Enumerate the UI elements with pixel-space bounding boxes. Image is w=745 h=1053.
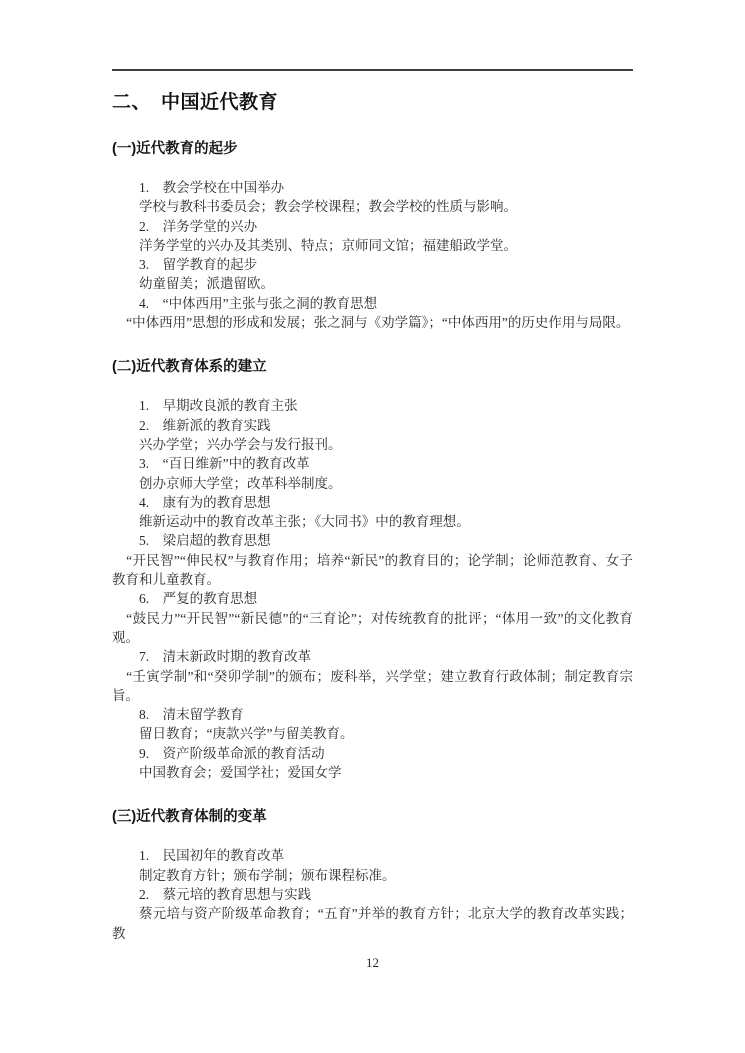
numbered-item: 8. 清末留学教育 — [112, 705, 633, 724]
description-line: 创办京师大学堂；改革科举制度。 — [112, 474, 633, 493]
section-body: 1. 民国初年的教育改革制定教育方针；颁布学制；颁布课程标准。2. 蔡元培的教育… — [112, 846, 633, 942]
description-line: 留日教育；“庚款兴学”与留美教育。 — [112, 724, 633, 743]
numbered-item: 4. 康有为的教育思想 — [112, 493, 633, 512]
description-line: 维新运动中的教育改革主张；《大同书》中的教育理想。 — [112, 512, 633, 531]
numbered-item: 2. 洋务学堂的兴办 — [112, 217, 633, 236]
description-line: “开民智”“伸民权”与教育作用；培养“新民”的教育目的；论学制；论师范教育、女子… — [112, 551, 633, 590]
document-page: 二、 中国近代教育 (一)近代教育的起步1. 教会学校在中国举办学校与教科书委员… — [0, 0, 745, 1053]
numbered-item: 1. 教会学校在中国举办 — [112, 178, 633, 197]
numbered-item: 2. 维新派的教育实践 — [112, 416, 633, 435]
description-line: 中国教育会；爱国学社；爱国女学 — [112, 763, 633, 782]
numbered-item: 4. “中体西用”主张与张之洞的教育思想 — [112, 294, 633, 313]
description-line: “中体西用”思想的形成和发展；张之洞与《劝学篇》；“中体西用”的历史作用与局限。 — [112, 313, 633, 332]
chapter-title: 二、 中国近代教育 — [112, 91, 633, 114]
numbered-item: 5. 梁启超的教育思想 — [112, 531, 633, 550]
description-line: “壬寅学制”和“癸卯学制”的颁布；废科举，兴学堂；建立教育行政体制；制定教育宗旨… — [112, 667, 633, 706]
description-line: 幼童留美；派遣留欧。 — [112, 274, 633, 293]
description-line: 蔡元培与资产阶级革命教育；“五育”并举的教育方针；北京大学的教育改革实践；教 — [112, 904, 633, 943]
description-line: “鼓民力”“开民智”“新民德”的“三育论”；对传统教育的批评；“体用一致”的文化… — [112, 609, 633, 648]
header-rule — [112, 69, 633, 71]
numbered-item: 9. 资产阶级革命派的教育活动 — [112, 744, 633, 763]
description-line: 学校与教科书委员会；教会学校课程；教会学校的性质与影响。 — [112, 197, 633, 216]
numbered-item: 1. 早期改良派的教育主张 — [112, 396, 633, 415]
section-body: 1. 早期改良派的教育主张2. 维新派的教育实践兴办学堂；兴办学会与发行报刊。3… — [112, 396, 633, 782]
section-heading: (三)近代教育体制的变革 — [112, 808, 633, 827]
numbered-item: 7. 清末新政时期的教育改革 — [112, 647, 633, 666]
description-line: 兴办学堂；兴办学会与发行报刊。 — [112, 435, 633, 454]
numbered-item: 3. “百日维新”中的教育改革 — [112, 454, 633, 473]
section-heading: (一)近代教育的起步 — [112, 140, 633, 159]
sections-container: (一)近代教育的起步1. 教会学校在中国举办学校与教科书委员会；教会学校课程；教… — [112, 140, 633, 943]
description-line: 洋务学堂的兴办及其类别、特点；京师同文馆；福建船政学堂。 — [112, 236, 633, 255]
section-body: 1. 教会学校在中国举办学校与教科书委员会；教会学校课程；教会学校的性质与影响。… — [112, 178, 633, 332]
numbered-item: 2. 蔡元培的教育思想与实践 — [112, 885, 633, 904]
document-content: 二、 中国近代教育 (一)近代教育的起步1. 教会学校在中国举办学校与教科书委员… — [112, 69, 633, 943]
numbered-item: 6. 严复的教育思想 — [112, 589, 633, 608]
numbered-item: 1. 民国初年的教育改革 — [112, 846, 633, 865]
description-line: 制定教育方针；颁布学制；颁布课程标准。 — [112, 866, 633, 885]
page-number: 12 — [0, 955, 745, 971]
section-heading: (二)近代教育体系的建立 — [112, 358, 633, 377]
numbered-item: 3. 留学教育的起步 — [112, 255, 633, 274]
